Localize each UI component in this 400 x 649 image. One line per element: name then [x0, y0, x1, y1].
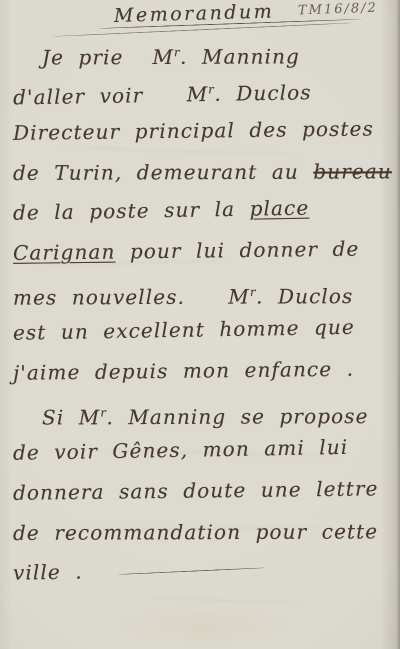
- text-segment: place: [249, 196, 309, 221]
- text-segment: . Duclos: [256, 284, 353, 308]
- manuscript-line: est un excellent homme que: [0, 306, 400, 353]
- manuscript-line: donnera sans doute une lettre: [0, 468, 400, 513]
- text-segment: de la poste sur la: [13, 197, 250, 225]
- text-segment: Carignan: [13, 240, 116, 265]
- manuscript-page: TM16/8/2 Memorandum Je prie Mr. Manningd…: [0, 0, 400, 649]
- text-segment: Je prie M: [42, 45, 174, 70]
- archival-reference: TM16/8/2: [298, 1, 378, 19]
- manuscript-line: de la poste sur la place: [0, 186, 400, 233]
- manuscript-line: Carignan pour lui donner de: [0, 228, 400, 273]
- text-segment: de voir Gênes, mon ami lui: [13, 435, 349, 465]
- paper-stain: [110, 603, 300, 649]
- manuscript-line: Directeur principal des postes: [0, 108, 400, 153]
- text-segment: . Duclos: [214, 80, 312, 106]
- manuscript-line: d'aller voir Mr. Duclos: [0, 66, 400, 113]
- text-segment: ville .: [13, 560, 83, 585]
- text-segment: mes nouvelles. M: [13, 285, 250, 310]
- text-segment: . Manning se propose: [106, 404, 368, 429]
- text-segment: est un excellent homme que: [13, 315, 355, 345]
- manuscript-line: j'aime depuis mon enfance .: [0, 348, 400, 393]
- text-segment: Directeur principal des postes: [13, 116, 374, 144]
- manuscript-line: ville .: [0, 546, 400, 593]
- text-segment: j'aime depuis mon enfance .: [13, 357, 354, 385]
- text-segment: de recommandation pour cette: [13, 519, 378, 545]
- manuscript-line: de voir Gênes, mon ami lui: [0, 426, 400, 473]
- text-segment: . Manning: [180, 44, 300, 69]
- ink-bleed-mark: [150, 597, 310, 605]
- flourish-dash: [117, 567, 265, 575]
- text-segment: pour lui donner de: [115, 237, 359, 264]
- text-segment: bureau: [313, 159, 392, 183]
- text-segment: Si M: [42, 405, 100, 429]
- text-segment: d'aller voir M: [13, 82, 209, 109]
- text-segment: donnera sans doute une lettre: [13, 476, 379, 504]
- manuscript-lines: Je prie Mr. Manningd'aller voir Mr. Ducl…: [0, 33, 400, 593]
- text-segment: de Turin, demeurant au: [13, 160, 313, 185]
